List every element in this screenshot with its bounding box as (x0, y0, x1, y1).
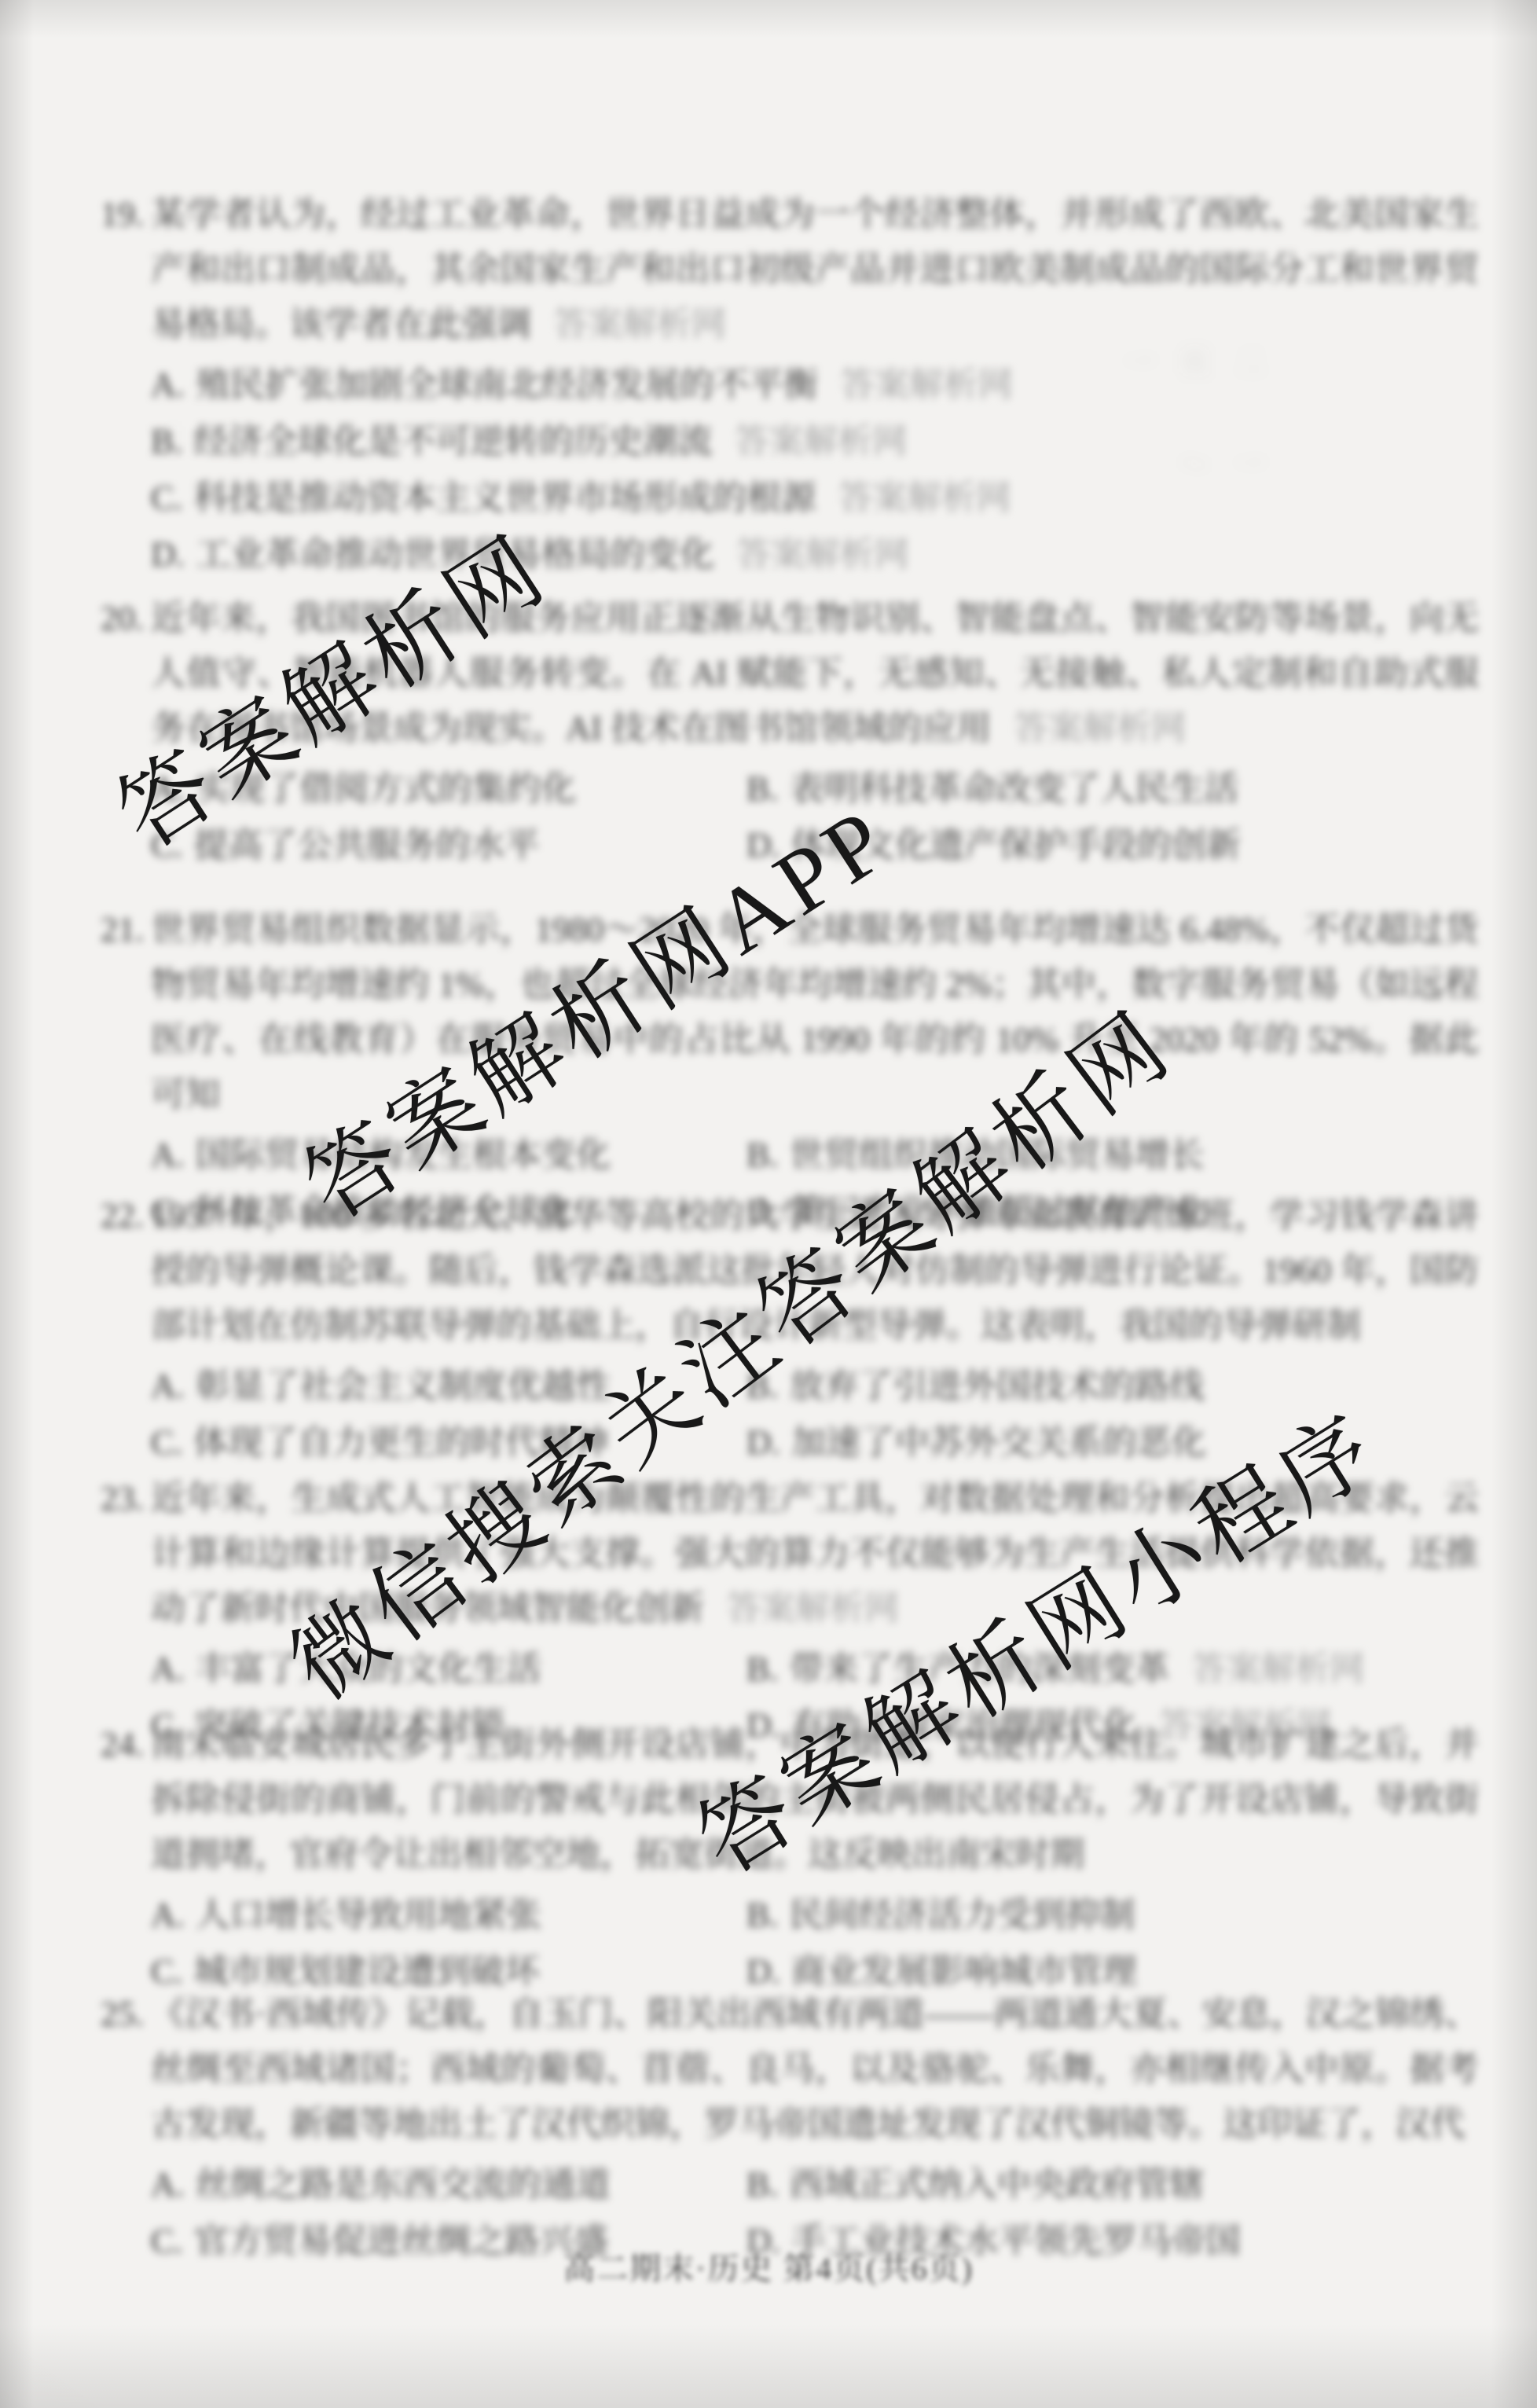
option-text: 丝绸之路是东西交流的通道 (196, 2165, 611, 2204)
question-stem: 19.某学者认为，经过工业革命，世界日益成为一个经济整体，并形成了西欧、北美国家… (101, 187, 1479, 352)
scanned-exam-page: { "document": { "footer": "高二期末·历史 第4页(共… (0, 0, 1537, 2408)
option-A: A.实现了借阅方式的集约化 (151, 761, 746, 817)
option-label: A. (151, 769, 185, 808)
option-label: B. (746, 1367, 778, 1405)
question-stem-text: 南宋临安城居民多于主街外侧开设店铺，中为街道，以便行人来往。城市扩建之后，并拆除… (151, 1725, 1479, 1874)
page-footer: 高二期末·历史 第4页(共6页) (0, 2241, 1537, 2296)
question-stem: 25.《汉书·西域传》记载，自玉门、阳关出西域有两道——两道通大夏、安息，汉之锦… (101, 1987, 1479, 2152)
option-B: B.经济全球化是不可逆转的历史潮流答案解析网 (101, 413, 1479, 470)
option-A: A.丰富了大众的文化生活 (151, 1641, 746, 1698)
question-20: 20.近年来，我国图书馆的服务应用正逐渐从生物识别、智能盘点、智能安防等场景，向… (101, 591, 1479, 874)
option-B: B.世贸组织推动国际贸易增长 (746, 1127, 1479, 1184)
question-stem: 20.近年来，我国图书馆的服务应用正逐渐从生物识别、智能盘点、智能安防等场景，向… (101, 591, 1479, 756)
option-label: B. (746, 2165, 778, 2204)
option-text: 放弃了引进外国技术的路线 (789, 1367, 1204, 1405)
question-number: 19. (101, 187, 144, 242)
option-list: A.殖民扩张加剧全球南北经济发展的不平衡答案解析网B.经济全球化是不可逆转的历史… (101, 357, 1479, 583)
option-label: C. (151, 826, 182, 864)
option-A: A.人口增长导致用地紧张 (151, 1887, 746, 1944)
option-text: 科技是推动资本主义世界市场形成的根源 (193, 479, 816, 517)
option-text: 提高了公共服务的水平 (193, 826, 539, 864)
option-text: 民间经济活力受到抑制 (789, 1896, 1135, 1934)
option-label: C. (151, 1423, 182, 1462)
option-list: A.人口增长导致用地紧张B.民间经济活力受到抑制C.城市规划建设遭到破坏D.商业… (101, 1887, 1479, 2000)
question-stem-text: 某学者认为，经过工业革命，世界日益成为一个经济整体，并形成了西欧、北美国家生产和… (151, 195, 1479, 343)
option-B: B.表明科技革命改变了人民生活 (746, 761, 1479, 817)
option-label: A. (151, 2165, 185, 2204)
option-C: C.提高了公共服务的水平 (151, 817, 746, 874)
inline-watermark: 答案解析网 (840, 365, 1013, 404)
option-label: B. (746, 1896, 778, 1934)
option-text: 体现文化遗产保护手段的创新 (791, 826, 1241, 864)
option-label: B. (746, 1650, 778, 1688)
option-text: 世贸组织推动国际贸易增长 (789, 1136, 1204, 1174)
question-number: 23. (101, 1471, 144, 1526)
option-text: 表明科技革命改变了人民生活 (789, 769, 1238, 808)
inline-watermark: 答案解析网 (1191, 1650, 1364, 1688)
question-23: 23.近年来，生成式人工智能成为颠覆性的生产工具，对数据处理和分析提出超高要求，… (101, 1471, 1479, 1754)
option-B: B.放弃了引进外国技术的路线 (746, 1358, 1479, 1415)
option-D: D.体现文化遗产保护手段的创新 (746, 817, 1479, 874)
question-stem-text: 《汉书·西域传》记载，自玉门、阳关出西域有两道——两道通大夏、安息，汉之锦绣、丝… (151, 1995, 1479, 2143)
option-text: 体现了自力更生的时代精神 (193, 1423, 608, 1462)
option-B: B.带来了生产力的深刻变革答案解析网 (746, 1641, 1479, 1698)
question-number: 21. (101, 902, 144, 957)
question-22: 22.1957 年，100 多名北大、清华等高校的大学生进入导弹专业教育训练班，… (101, 1188, 1479, 1471)
option-A: A.丝绸之路是东西交流的通道 (151, 2157, 746, 2213)
option-text: 殖民扩张加剧全球南北经济发展的不平衡 (196, 365, 818, 404)
option-A: A.殖民扩张加剧全球南北经济发展的不平衡答案解析网 (101, 357, 1479, 413)
inline-watermark: 答案解析网 (736, 535, 909, 574)
option-label: D. (746, 826, 780, 864)
option-text: 丰富了大众的文化生活 (196, 1650, 541, 1688)
option-C: C.体现了自力更生的时代精神 (151, 1415, 746, 1471)
inline-watermark: 答案解析网 (838, 479, 1011, 517)
option-label: B. (746, 1136, 778, 1174)
option-text: 工业革命推动世界贸易格局的变化 (196, 535, 714, 574)
option-text: 彰显了社会主义制度优越性 (196, 1367, 611, 1405)
question-24: 24.南宋临安城居民多于主街外侧开设店铺，中为街道，以便行人来往。城市扩建之后，… (101, 1717, 1479, 2000)
question-number: 20. (101, 591, 144, 646)
option-label: D. (151, 535, 185, 574)
option-label: D. (746, 1423, 780, 1462)
option-text: 西域正式纳入中央政府管辖 (789, 2165, 1204, 2204)
option-label: B. (746, 769, 778, 808)
option-list: A.彰显了社会主义制度优越性B.放弃了引进外国技术的路线C.体现了自力更生的时代… (101, 1358, 1479, 1471)
question-stem: 24.南宋临安城居民多于主街外侧开设店铺，中为街道，以便行人来往。城市扩建之后，… (101, 1717, 1479, 1882)
option-text: 城市规划建设遭到破坏 (193, 1952, 539, 1991)
option-text: 加速了中苏外交关系的恶化 (791, 1423, 1206, 1462)
option-label: A. (151, 1136, 185, 1174)
option-C: C.科技是推动资本主义世界市场形成的根源答案解析网 (101, 470, 1479, 527)
option-A: A.国际贸易结构发生根本变化 (151, 1127, 746, 1184)
question-number: 24. (101, 1717, 144, 1772)
option-text: 带来了生产力的深刻变革 (789, 1650, 1169, 1688)
option-text: 商业发展影响城市管理 (791, 1952, 1137, 1991)
option-A: A.彰显了社会主义制度优越性 (151, 1358, 746, 1415)
option-D: D.工业革命推动世界贸易格局的变化答案解析网 (101, 527, 1479, 583)
option-D: D.加速了中苏外交关系的恶化 (746, 1415, 1479, 1471)
question-stem: 21.世界贸易组织数据显示，1980～2020 年，全球服务贸易年均增速达 6.… (101, 902, 1479, 1122)
question-25: 25.《汉书·西域传》记载，自玉门、阳关出西域有两道——两道通大夏、安息，汉之锦… (101, 1987, 1479, 2270)
question-number: 25. (101, 1987, 144, 2042)
question-stem-text: 1957 年，100 多名北大、清华等高校的大学生进入导弹专业教育训练班，学习钱… (151, 1196, 1479, 1345)
question-stem: 22.1957 年，100 多名北大、清华等高校的大学生进入导弹专业教育训练班，… (101, 1188, 1479, 1353)
question-stem: 23.近年来，生成式人工智能成为颠覆性的生产工具，对数据处理和分析提出超高要求，… (101, 1471, 1479, 1636)
option-B: B.民间经济活力受到抑制 (746, 1887, 1479, 1944)
question-number: 22. (101, 1188, 144, 1243)
option-label: D. (746, 1952, 780, 1991)
option-B: B.西域正式纳入中央政府管辖 (746, 2157, 1479, 2213)
inline-watermark: 答案解析网 (734, 422, 907, 461)
question-19: 19.某学者认为，经过工业革命，世界日益成为一个经济整体，并形成了西欧、北美国家… (101, 187, 1479, 583)
option-label: C. (151, 479, 182, 517)
option-text: 实现了借阅方式的集约化 (196, 769, 576, 808)
option-label: C. (151, 1952, 182, 1991)
inline-watermark: 答案解析网 (726, 1589, 899, 1628)
option-label: A. (151, 1896, 185, 1934)
question-stem-text: 近年来，我国图书馆的服务应用正逐渐从生物识别、智能盘点、智能安防等场景，向无人值… (151, 599, 1479, 747)
option-label: B. (151, 422, 182, 461)
option-label: A. (151, 1367, 185, 1405)
inline-watermark: 答案解析网 (553, 305, 726, 343)
question-stem-text: 世界贸易组织数据显示，1980～2020 年，全球服务贸易年均增速达 6.48%… (151, 910, 1479, 1114)
option-text: 国际贸易结构发生根本变化 (196, 1136, 611, 1174)
option-list: A.实现了借阅方式的集约化B.表明科技革命改变了人民生活C.提高了公共服务的水平… (101, 761, 1479, 874)
option-label: A. (151, 1650, 185, 1688)
inline-watermark: 答案解析网 (1013, 709, 1186, 747)
option-label: A. (151, 365, 185, 404)
option-text: 经济全球化是不可逆转的历史潮流 (193, 422, 712, 461)
option-text: 人口增长导致用地紧张 (196, 1896, 541, 1934)
